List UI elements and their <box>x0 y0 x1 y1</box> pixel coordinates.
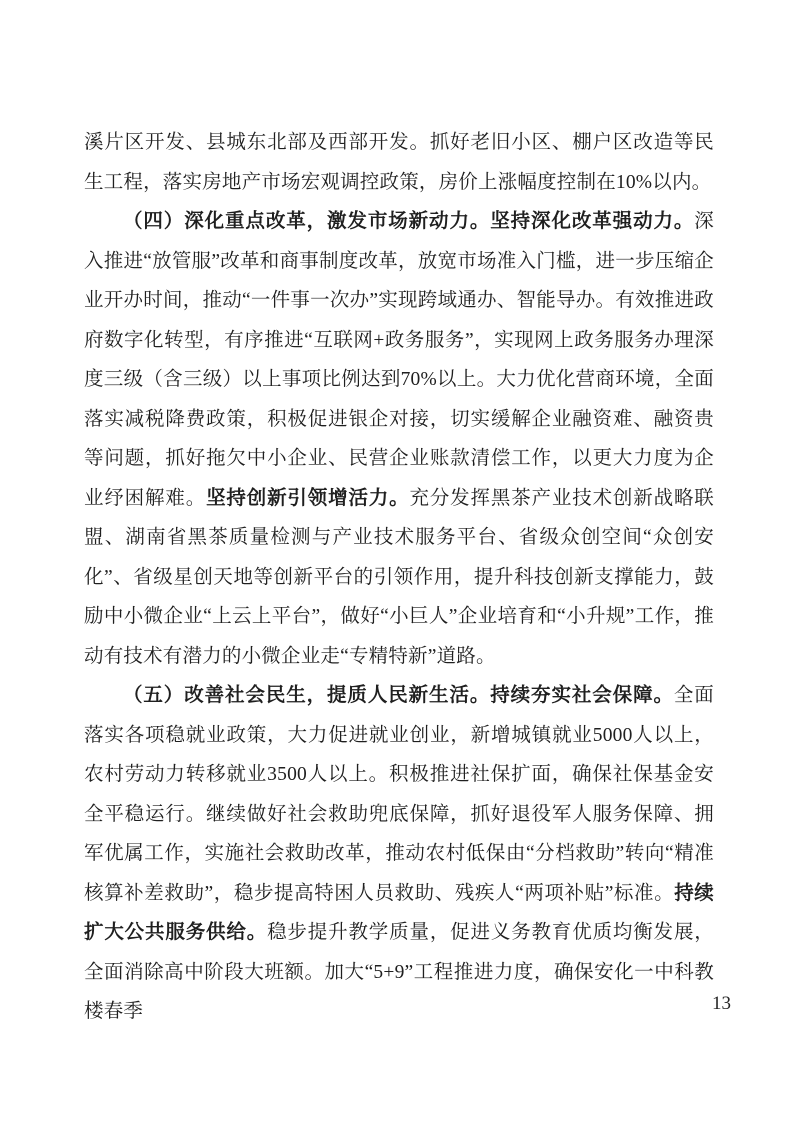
section-heading-run: （五）改善社会民生，提质人民新生活。 <box>123 685 490 706</box>
document-page: 溪片区开发、县城东北部及西部开发。抓好老旧小区、棚户区改造等民生工程，落实房地产… <box>0 0 793 1122</box>
document-body: 溪片区开发、县城东北部及西部开发。抓好老旧小区、棚户区改造等民生工程，落实房地产… <box>84 123 714 1032</box>
section-heading-run: （四）深化重点改革，激发市场新动力。 <box>123 211 490 232</box>
bold-emphasis-run: 坚持深化改革强动力。 <box>490 211 694 232</box>
paragraph-section-5: （五）改善社会民生，提质人民新生活。持续夯实社会保障。全面落实各项稳就业政策，大… <box>84 676 714 1032</box>
text-run: 溪片区开发、县城东北部及西部开发。抓好老旧小区、棚户区改造等民生工程，落实房地产… <box>84 132 714 193</box>
paragraph-section-4: （四）深化重点改革，激发市场新动力。坚持深化改革强动力。深入推进“放管服”改革和… <box>84 202 714 676</box>
text-run: 全面落实各项稳就业政策，大力促进就业创业，新增城镇就业5000人以上，农村劳动力… <box>84 685 714 904</box>
text-run: 充分发挥黑茶产业技术创新战略联盟、湖南省黑茶质量检测与产业技术服务平台、省级众创… <box>84 488 714 667</box>
bold-emphasis-run: 持续夯实社会保障。 <box>490 685 674 706</box>
bold-emphasis-run: 坚持创新引领增活力。 <box>206 488 409 509</box>
text-run: 深入推进“放管服”改革和商事制度改革，放宽市场准入门槛，进一步压缩企业开办时间，… <box>84 211 714 509</box>
paragraph-continuation: 溪片区开发、县城东北部及西部开发。抓好老旧小区、棚户区改造等民生工程，落实房地产… <box>84 123 714 202</box>
page-number: 13 <box>712 994 731 1014</box>
